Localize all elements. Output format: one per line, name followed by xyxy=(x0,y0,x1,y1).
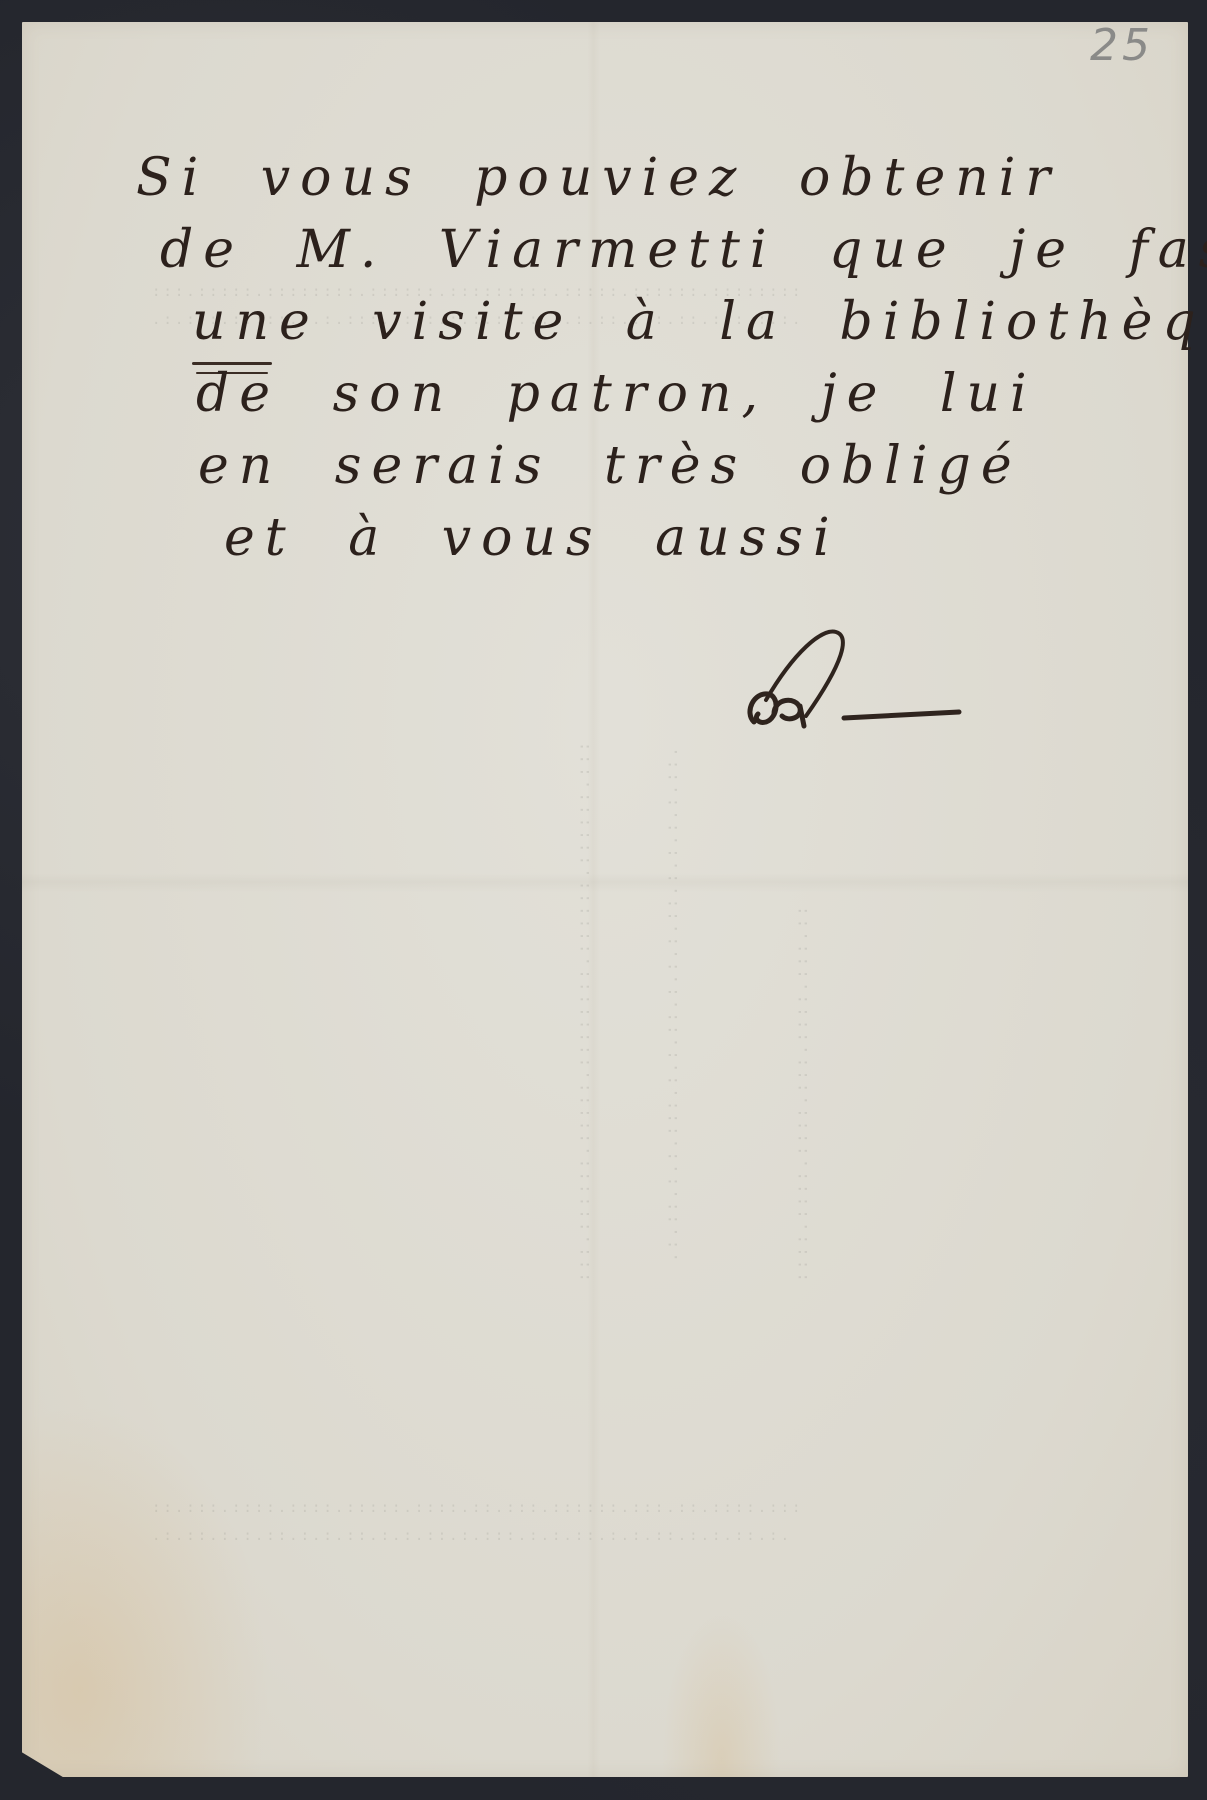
signature-monogram-icon xyxy=(744,622,974,732)
letter-body: Si vous pouviez obtenir de M. Viarmetti … xyxy=(0,0,1207,1800)
letter-line-3: une visite à la bibliothèque xyxy=(192,292,1207,352)
letter-line-4: de son patron, je lui xyxy=(196,364,1037,424)
letter-line-1: Si vous pouviez obtenir xyxy=(136,148,1060,208)
letter-line-5: en serais très obligé xyxy=(198,436,1022,496)
signature xyxy=(744,622,974,732)
letter-line-6: et à vous aussi xyxy=(224,508,840,568)
letter-line-2: de M. Viarmetti que je fasse xyxy=(160,220,1207,280)
